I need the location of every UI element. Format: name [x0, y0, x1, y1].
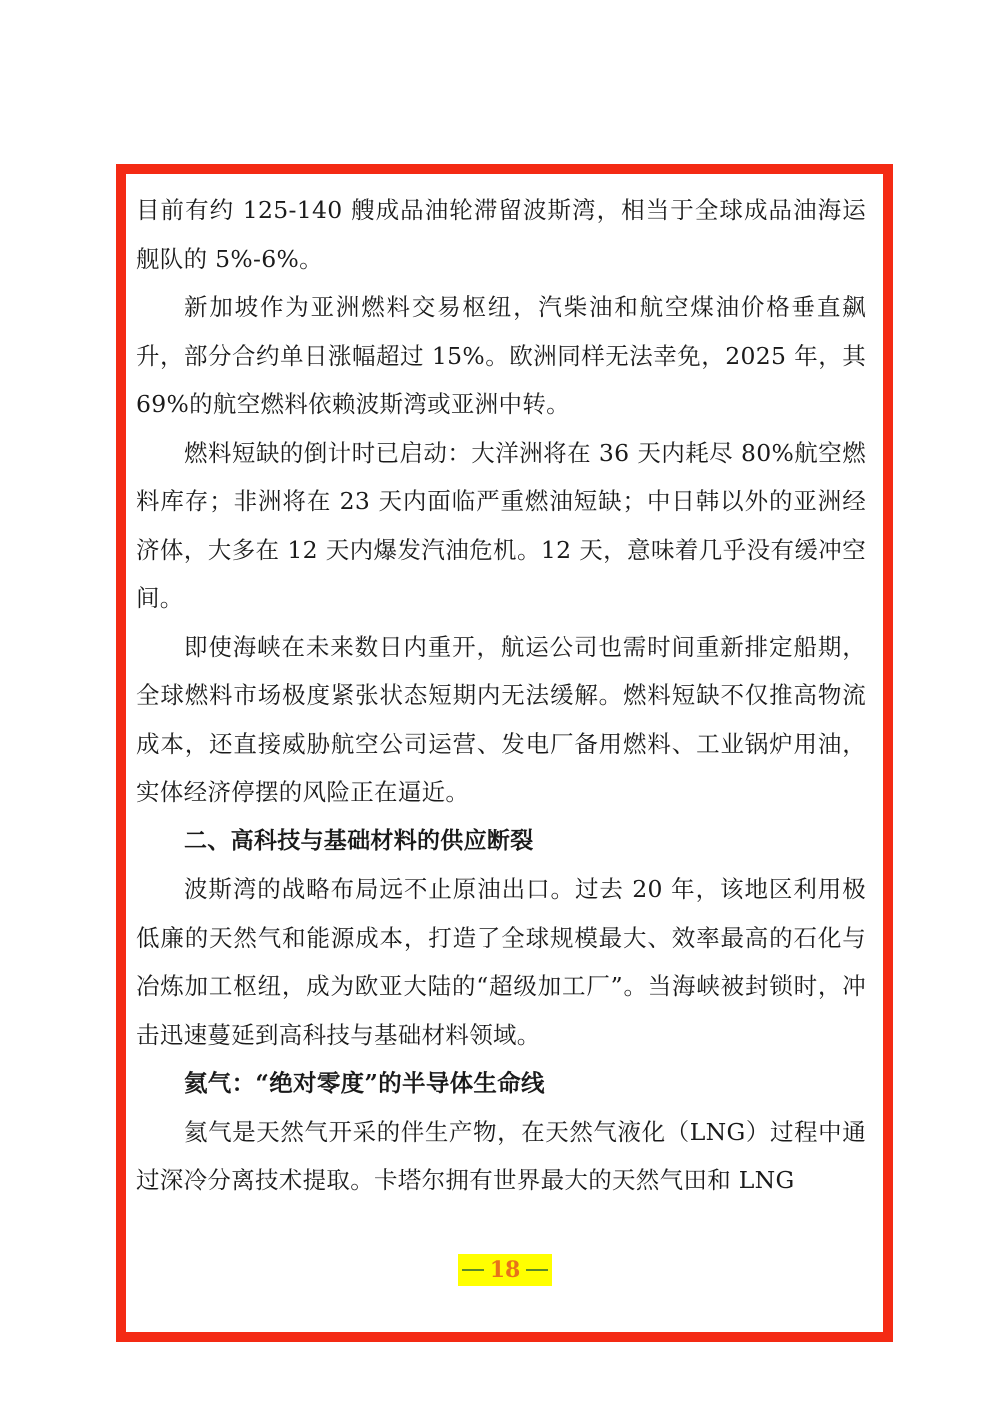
paragraph: 新加坡作为亚洲燃料交易枢纽，汽柴油和航空煤油价格垂直飙升，部分合约单日涨幅超过 … [136, 283, 866, 429]
page-number-badge: 18 [458, 1254, 552, 1286]
dash-left [462, 1269, 484, 1271]
subsection-heading: 氦气：“绝对零度”的半导体生命线 [136, 1059, 866, 1108]
paragraph: 氦气是天然气开采的伴生产物，在天然气液化（LNG）过程中通过深冷分离技术提取。卡… [136, 1108, 866, 1205]
paragraph: 即使海峡在未来数日内重开，航运公司也需时间重新排定船期，全球燃料市场极度紧张状态… [136, 623, 866, 817]
page-number: 18 [484, 1257, 527, 1283]
paragraph: 波斯湾的战略布局远不止原油出口。过去 20 年，该地区利用极低廉的天然气和能源成… [136, 865, 866, 1059]
document-body: 目前有约 125-140 艘成品油轮滞留波斯湾，相当于全球成品油海运舰队的 5%… [136, 186, 866, 1205]
dash-right [526, 1269, 548, 1271]
section-heading: 二、高科技与基础材料的供应断裂 [136, 817, 866, 866]
paragraph: 燃料短缺的倒计时已启动：大洋洲将在 36 天内耗尽 80%航空燃料库存；非洲将在… [136, 429, 866, 623]
paragraph-continued: 目前有约 125-140 艘成品油轮滞留波斯湾，相当于全球成品油海运舰队的 5%… [136, 186, 866, 283]
